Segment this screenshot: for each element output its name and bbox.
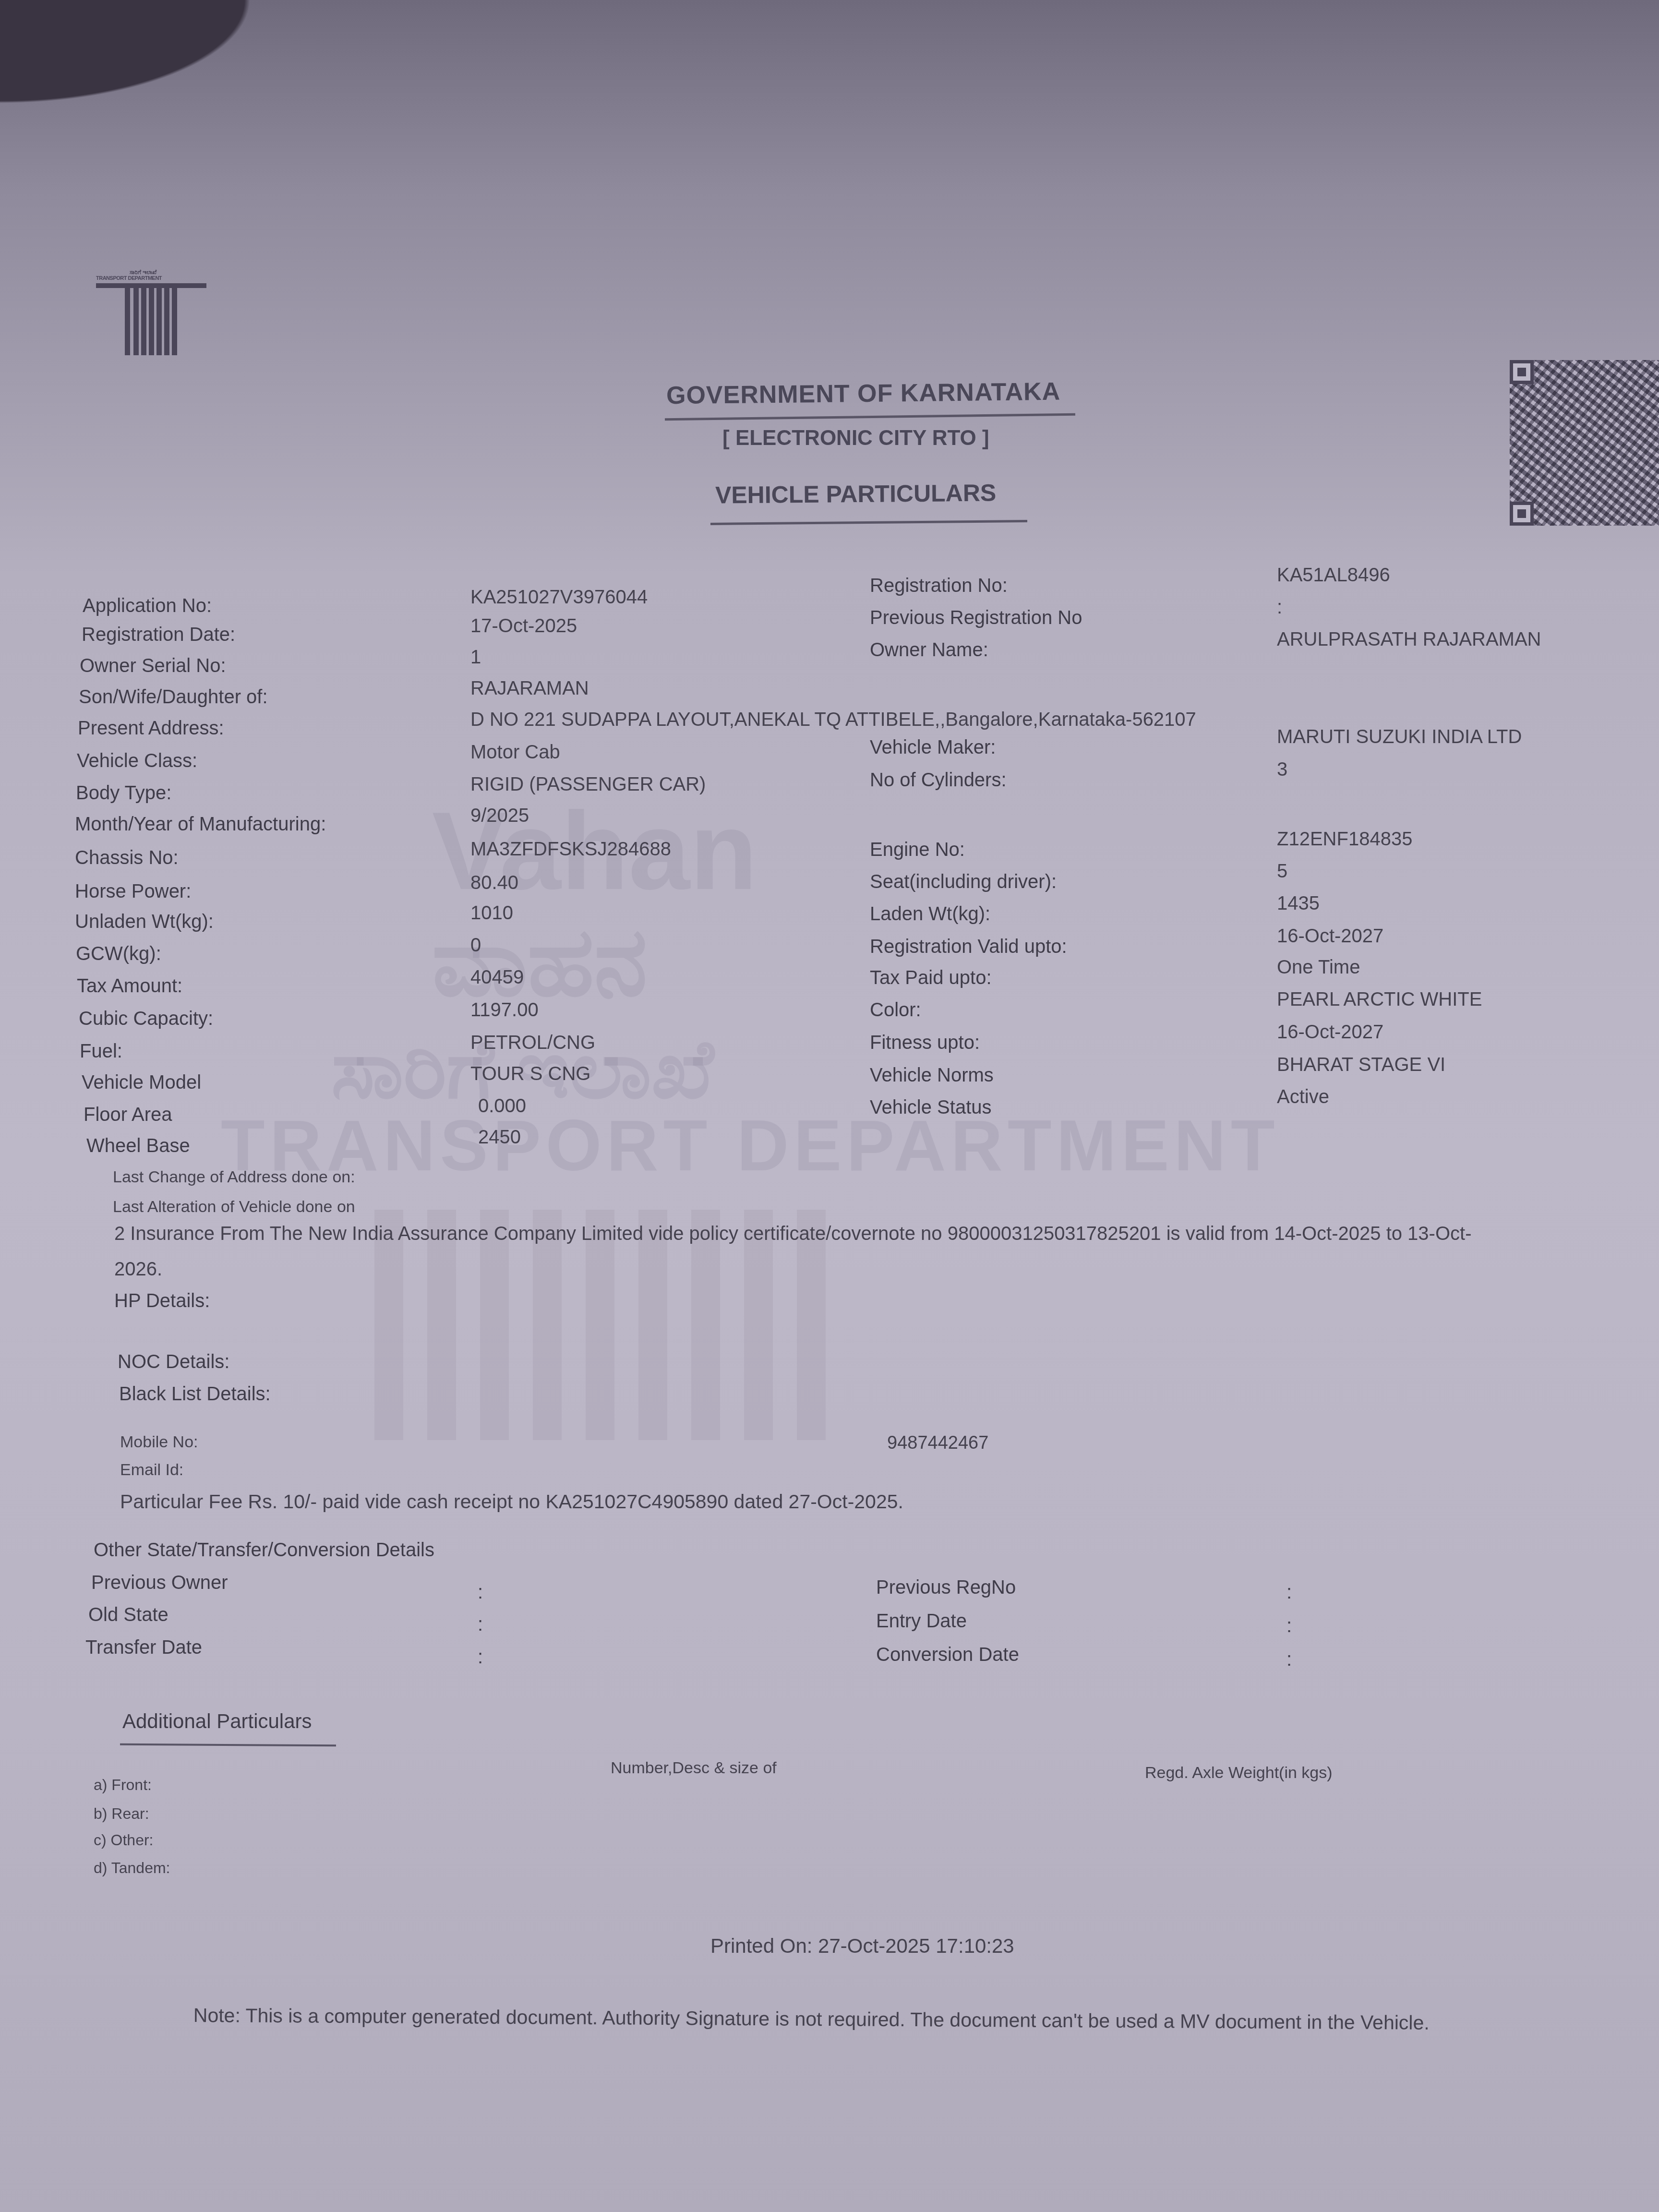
field-label: Present Address: (78, 718, 224, 739)
field-label: Seat(including driver): (870, 871, 1057, 893)
field-value: MA3ZFDFSKSJ284688 (470, 839, 671, 860)
field-value: 16-Oct-2027 (1277, 926, 1383, 947)
field-value: Z12ENF184835 (1277, 829, 1412, 850)
field-label: Laden Wt(kg): (870, 903, 990, 925)
field-label: Previous Registration No (870, 607, 1082, 629)
disclaimer-note: Note: This is a computer generated docum… (193, 2004, 1430, 2034)
field-label: Cubic Capacity: (79, 1008, 213, 1030)
mobile-label: Mobile No: (120, 1433, 198, 1452)
field-label: Unladen Wt(kg): (75, 911, 214, 933)
field-value: 1197.00 (470, 999, 539, 1021)
transfer-field-value: : (1286, 1582, 1292, 1603)
field-label: Registration No: (870, 575, 1008, 597)
transfer-field-value: : (478, 1582, 483, 1603)
additional-particulars-title: Additional Particulars (122, 1710, 312, 1733)
field-value: 1 (470, 647, 481, 668)
watermark-english-dept: TRANSPORT DEPARTMENT (221, 1104, 1280, 1187)
field-value: 40459 (470, 967, 524, 988)
field-value: 9/2025 (470, 805, 529, 827)
field-value: 2450 (478, 1127, 521, 1148)
transfer-field-value: : (478, 1614, 483, 1635)
particular-fee-note: Particular Fee Rs. 10/- paid vide cash r… (120, 1491, 903, 1513)
field-value: Active (1277, 1086, 1329, 1108)
field-value: D NO 221 SUDAPPA LAYOUT,ANEKAL TQ ATTIBE… (470, 709, 1196, 731)
field-label: Vehicle Model (82, 1072, 201, 1094)
transfer-field-label: Transfer Date (85, 1637, 202, 1659)
axle-row-label: c) Other: (94, 1831, 153, 1849)
field-label: Owner Name: (870, 639, 988, 661)
field-value: MARUTI SUZUKI INDIA LTD (1277, 726, 1522, 748)
transfer-field-value: : (478, 1647, 483, 1668)
transfer-field-label: Conversion Date (876, 1644, 1019, 1666)
field-label: Registration Date: (82, 624, 235, 646)
field-value: 1435 (1277, 893, 1320, 914)
transfer-field-label: Previous Owner (91, 1572, 228, 1594)
axle-weight-header: Regd. Axle Weight(in kgs) (1145, 1764, 1333, 1782)
field-label: Owner Serial No: (80, 655, 226, 677)
field-label: Month/Year of Manufacturing: (75, 814, 326, 835)
email-label: Email Id: (120, 1461, 183, 1479)
field-label: Horse Power: (75, 881, 191, 902)
field-value: 80.40 (470, 872, 518, 894)
field-label: Chassis No: (75, 847, 179, 869)
field-value: 0.000 (478, 1095, 526, 1117)
subtitle-underline (710, 520, 1027, 525)
field-value: Motor Cab (470, 742, 560, 763)
number-desc-size-header: Number,Desc & size of (611, 1759, 777, 1778)
transfer-field-value: : (1286, 1615, 1292, 1637)
hp-details-label: HP Details: (114, 1290, 210, 1312)
transfer-field-label: Entry Date (876, 1611, 967, 1632)
field-value: PETROL/CNG (470, 1032, 595, 1054)
field-label: Vehicle Maker: (870, 737, 996, 758)
field-label: Wheel Base (86, 1135, 190, 1157)
field-value: PEARL ARCTIC WHITE (1277, 989, 1482, 1010)
transfer-section-title: Other State/Transfer/Conversion Details (94, 1539, 434, 1561)
page-title: GOVERNMENT OF KARNATAKA (666, 377, 1061, 410)
noc-details-label: NOC Details: (118, 1351, 229, 1373)
field-label: Tax Amount: (77, 975, 182, 997)
field-value: TOUR S CNG (470, 1063, 590, 1085)
field-label: Engine No: (870, 839, 965, 861)
field-value: KA51AL8496 (1277, 565, 1390, 586)
field-label: Vehicle Class: (77, 750, 197, 772)
title-underline (665, 413, 1075, 421)
last-alteration-label: Last Alteration of Vehicle done on (113, 1198, 355, 1216)
field-value: RAJARAMAN (470, 678, 589, 699)
transfer-field-label: Old State (88, 1604, 168, 1626)
blacklist-details-label: Black List Details: (119, 1383, 271, 1405)
field-value: 3 (1277, 759, 1287, 781)
printed-on-timestamp: Printed On: 27-Oct-2025 17:10:23 (710, 1935, 1014, 1958)
watermark-kannada-vahan: ವಾಹನ (432, 907, 648, 1019)
insurance-details-continued: 2026. (114, 1259, 162, 1280)
field-label: Registration Valid upto: (870, 936, 1067, 958)
document-subtitle: VEHICLE PARTICULARS (715, 479, 997, 509)
field-label: Application No: (83, 595, 212, 617)
logo-english-text: TRANSPORT DEPARTMENT (96, 276, 162, 281)
field-label: Son/Wife/Daughter of: (79, 686, 268, 708)
field-label: Vehicle Norms (870, 1065, 994, 1086)
transport-department-logo: ಸಾರಿಗೆ ಇಲಾಖೆ TRANSPORT DEPARTMENT (96, 269, 206, 355)
mobile-value: 9487442467 (887, 1433, 988, 1454)
field-value: 17-Oct-2025 (470, 615, 577, 637)
field-value: BHARAT STAGE VI (1277, 1054, 1445, 1076)
field-value: RIGID (PASSENGER CAR) (470, 774, 706, 795)
field-value: 0 (470, 935, 481, 956)
field-label: No of Cylinders: (870, 769, 1007, 791)
field-label: Floor Area (84, 1104, 172, 1126)
field-value: KA251027V3976044 (470, 587, 648, 608)
field-label: Body Type: (76, 782, 171, 804)
field-label: Color: (870, 999, 921, 1021)
transfer-field-value: : (1286, 1649, 1292, 1671)
transfer-field-label: Previous RegNo (876, 1577, 1016, 1599)
field-value: One Time (1277, 957, 1360, 978)
field-label: Tax Paid upto: (870, 967, 992, 989)
logo-kannada-text: ಸಾರಿಗೆ ಇಲಾಖೆ (130, 269, 156, 276)
field-value: 5 (1277, 861, 1287, 882)
background-shadow (0, 0, 384, 158)
last-address-change-label: Last Change of Address done on: (113, 1168, 355, 1187)
field-value: ARULPRASATH RAJARAMAN (1277, 629, 1541, 650)
rto-office-name: [ ELECTRONIC CITY RTO ] (722, 426, 989, 450)
axle-row-label: a) Front: (94, 1776, 152, 1794)
field-label: Vehicle Status (870, 1097, 992, 1118)
qr-code-icon (1510, 360, 1659, 526)
field-label: Fuel: (80, 1041, 122, 1062)
insurance-details: 2 Insurance From The New India Assurance… (114, 1223, 1471, 1245)
axle-row-label: b) Rear: (94, 1805, 149, 1823)
field-value: 1010 (470, 902, 513, 924)
axle-row-label: d) Tandem: (94, 1859, 170, 1877)
field-value: 16-Oct-2027 (1277, 1022, 1383, 1043)
additional-particulars-underline (120, 1743, 336, 1746)
field-label: GCW(kg): (76, 943, 161, 965)
field-label: Fitness upto: (870, 1032, 980, 1054)
field-value: : (1277, 597, 1282, 618)
